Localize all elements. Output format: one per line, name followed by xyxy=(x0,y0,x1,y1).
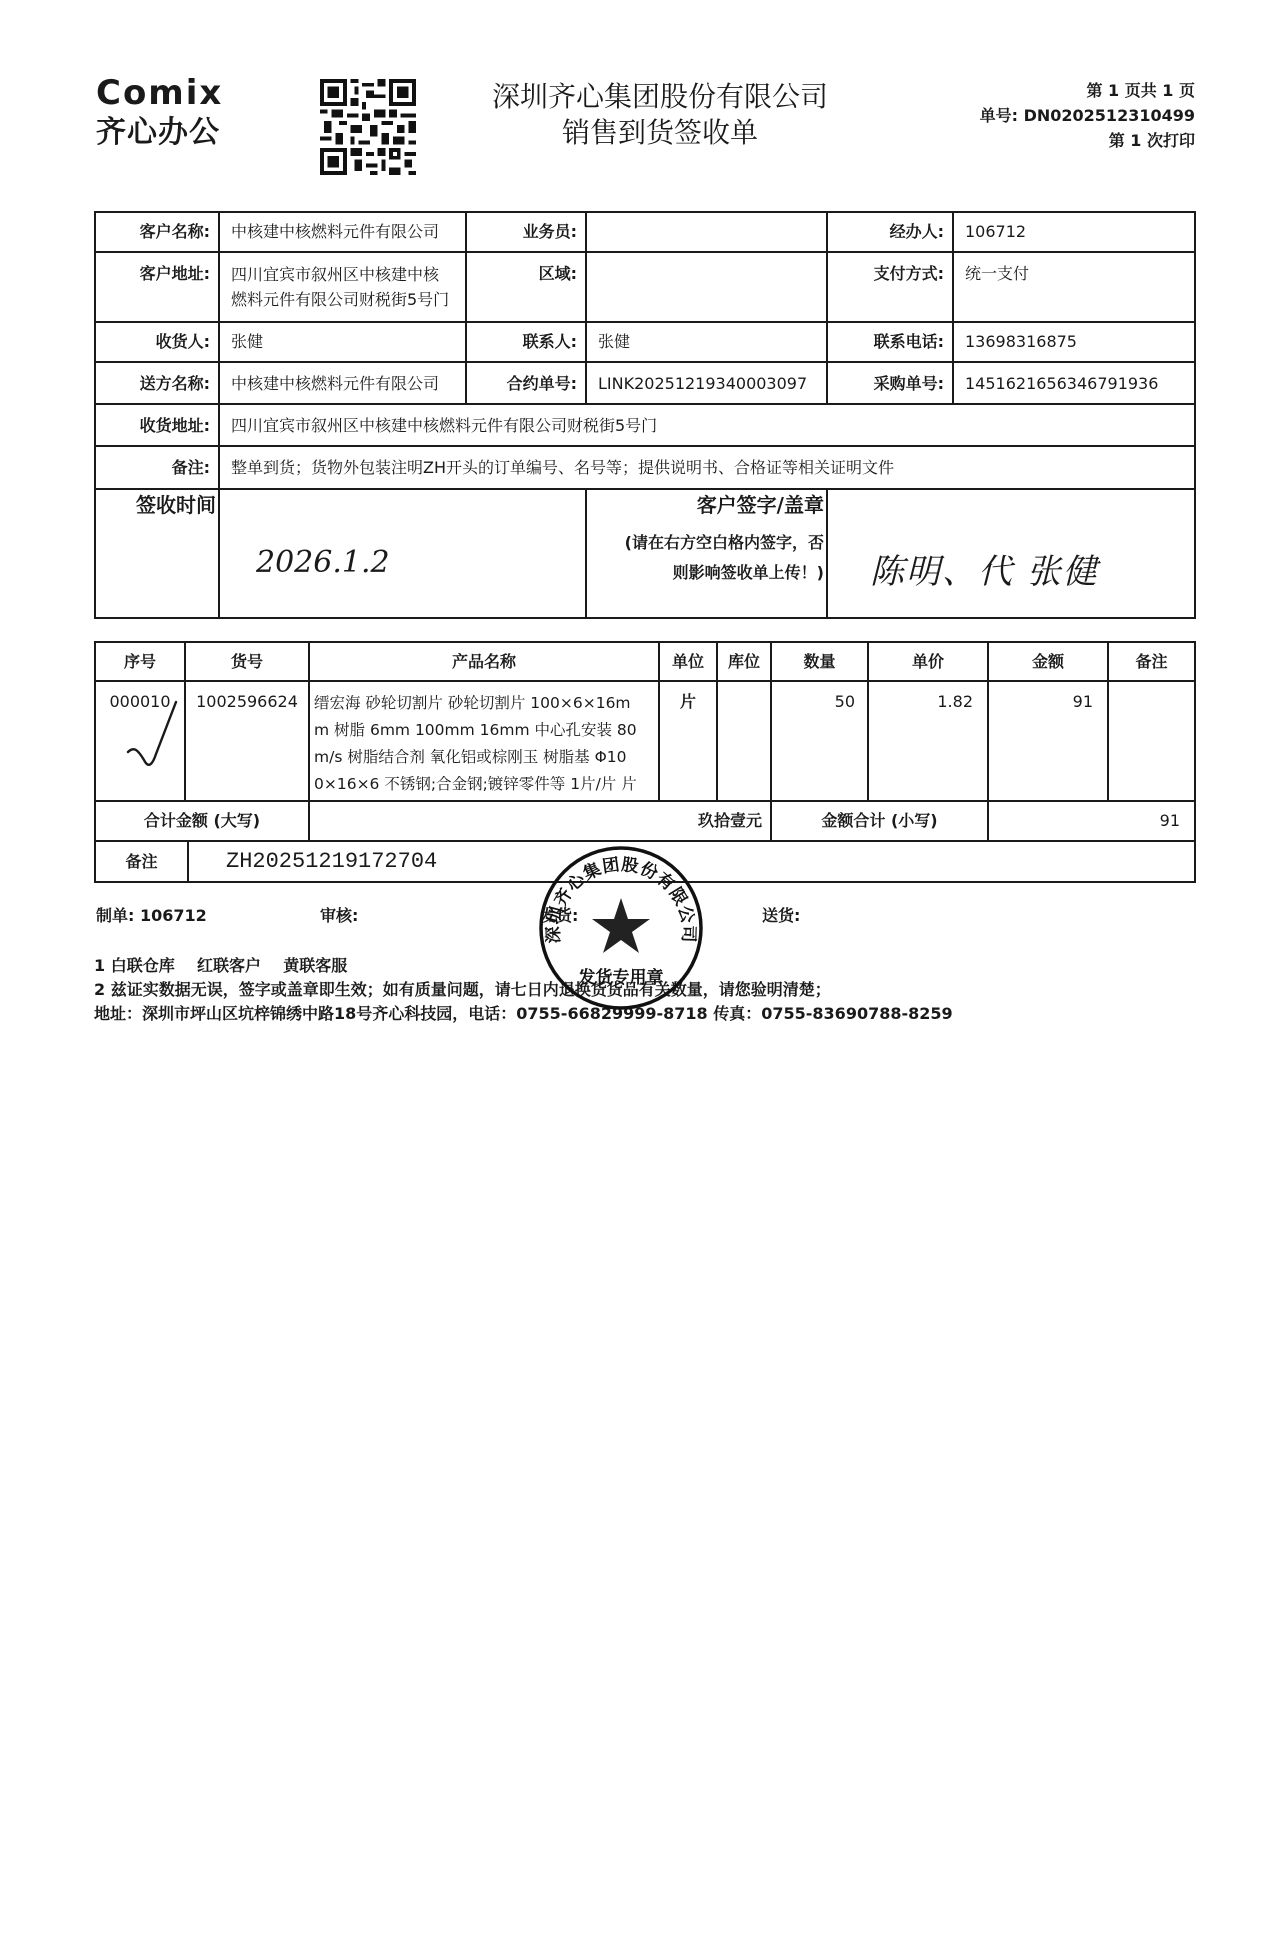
phone-value: 13698316875 xyxy=(954,330,1194,354)
region-label: 区域: xyxy=(467,262,585,286)
customer-signature-handwritten: 陈明、代 张健 xyxy=(870,552,1099,592)
column-header-unit-price: 单价 xyxy=(869,650,987,674)
product-name-line: 0×16×6 不锈钢;合金钢;镀锌零件等 1片/片 片 xyxy=(314,771,658,798)
svg-text:发货专用章: 发货专用章 xyxy=(578,967,664,988)
document-number-value: DN0202512310499 xyxy=(1024,106,1195,125)
payment-value: 统一支付 xyxy=(954,262,1194,286)
row-amount: 91 xyxy=(989,690,1107,714)
row-sku: 1002596624 xyxy=(186,690,308,714)
customer-address-line-1: 四川宜宾市叙州区中核建中核 xyxy=(231,262,465,287)
maker-field: 制单: 106712 xyxy=(96,904,207,928)
customer-address-value: 四川宜宾市叙州区中核建中核 燃料元件有限公司财税街5号门 xyxy=(220,262,465,312)
contact-label: 联系人: xyxy=(467,330,585,354)
remark-label: 备注: xyxy=(96,456,218,480)
document-number-label: 单号: xyxy=(980,106,1018,125)
row-unit: 片 xyxy=(660,690,716,714)
column-header-sku: 货号 xyxy=(186,650,308,674)
document-meta: 第 1 页共 1 页 单号: DN0202512310499 第 1 次打印 xyxy=(980,78,1195,153)
column-header-amount: 金额 xyxy=(989,650,1107,674)
customer-address-line-2: 燃料元件有限公司财税街5号门 xyxy=(231,287,465,312)
copy-distribution-note: 1 白联仓库 红联客户 黄联客服 xyxy=(94,954,347,978)
print-count: 第 1 次打印 xyxy=(980,128,1195,153)
total-upper-label: 合计金额 (大写) xyxy=(96,809,308,833)
purchase-label: 采购单号: xyxy=(828,372,952,396)
contract-value: LINK20251219340003097 xyxy=(587,372,826,396)
delivery-address-value: 四川宜宾市叙州区中核建中核燃料元件有限公司财税街5号门 xyxy=(220,414,1190,438)
total-upper-value: 玖拾壹元 xyxy=(310,809,770,833)
sender-label: 送方名称: xyxy=(96,372,218,396)
qr-code-icon xyxy=(320,78,416,176)
payment-label: 支付方式: xyxy=(828,262,952,286)
product-name-line: m/s 树脂结合剂 氧化铝或棕刚玉 树脂基 Φ10 xyxy=(314,744,658,771)
contact-value: 张健 xyxy=(587,330,826,354)
column-header-quantity: 数量 xyxy=(772,650,867,674)
delivery-address-label: 收货地址: xyxy=(96,414,218,438)
total-lower-value: 91 xyxy=(989,809,1194,833)
signature-note-line-1: (请在右方空白格内签字，否 xyxy=(587,528,824,558)
column-header-location: 库位 xyxy=(718,650,770,674)
company-name: 深圳齐心集团股份有限公司 xyxy=(470,80,850,114)
column-header-product-name: 产品名称 xyxy=(310,650,658,674)
order-remark-label: 备注 xyxy=(96,850,187,874)
checkmark-icon xyxy=(126,696,182,776)
column-header-unit: 单位 xyxy=(660,650,716,674)
consignee-label: 收货人: xyxy=(96,330,218,354)
purchase-value: 1451621656346791936 xyxy=(954,372,1194,396)
salesperson-label: 业务员: xyxy=(467,220,585,244)
customer-address-label: 客户地址: xyxy=(96,262,218,286)
document-number: 单号: DN0202512310499 xyxy=(980,103,1195,128)
delivery-label: 送货: xyxy=(762,904,800,928)
sign-time-label: 签收时间 xyxy=(96,493,218,517)
comix-logo: Comix xyxy=(96,76,223,110)
row-unit-price: 1.82 xyxy=(869,690,987,714)
sender-value: 中核建中核燃料元件有限公司 xyxy=(220,372,465,396)
row-quantity: 50 xyxy=(772,690,867,714)
product-name-line: m 树脂 6mm 100mm 16mm 中心孔安装 80 xyxy=(314,717,658,744)
contract-label: 合约单号: xyxy=(467,372,585,396)
product-name-line: 缙宏海 砂轮切割片 砂轮切割片 100×6×16m xyxy=(314,690,658,717)
remark-value: 整单到货；货物外包装注明ZH开头的订单编号、名号等；提供说明书、合格证等相关证明… xyxy=(220,456,1190,480)
confirmation-note: 2 兹证实数据无误，签字或盖章即生效；如有质量问题，请七日内退换货货品有关数量，… xyxy=(94,978,831,1002)
page-info: 第 1 页共 1 页 xyxy=(980,78,1195,103)
handler-value: 106712 xyxy=(954,220,1194,244)
phone-label: 联系电话: xyxy=(828,330,952,354)
customer-name-value: 中核建中核燃料元件有限公司 xyxy=(220,220,465,244)
review-label: 审核: xyxy=(320,904,358,928)
customer-name-label: 客户名称: xyxy=(96,220,218,244)
document-title: 销售到货签收单 xyxy=(470,116,850,150)
handler-label: 经办人: xyxy=(828,220,952,244)
signature-note-line-2: 则影响签收单上传！) xyxy=(587,558,824,588)
row-product-name: 缙宏海 砂轮切割片 砂轮切割片 100×6×16m m 树脂 6mm 100mm… xyxy=(314,690,658,798)
maker-value: 106712 xyxy=(140,906,207,925)
column-header-remark: 备注 xyxy=(1109,650,1194,674)
consignee-value: 张健 xyxy=(220,330,465,354)
maker-label: 制单: xyxy=(96,906,134,925)
comix-logo-chinese: 齐心办公 xyxy=(96,116,220,150)
customer-signature-label: 客户签字/盖章 xyxy=(587,493,826,517)
total-lower-label: 金额合计 (小写) xyxy=(772,809,987,833)
company-seal-stamp-icon: 深圳齐心集团股份有限公司 发货专用章 xyxy=(536,843,706,1013)
sign-time-handwritten: 2026.1.2 xyxy=(256,545,390,581)
company-contact-address: 地址：深圳市坪山区坑梓锦绣中路18号齐心科技园，电话：0755-66829999… xyxy=(94,1002,953,1026)
signature-note: (请在右方空白格内签字，否 则影响签收单上传！) xyxy=(587,528,826,588)
column-header-seq: 序号 xyxy=(96,650,184,674)
